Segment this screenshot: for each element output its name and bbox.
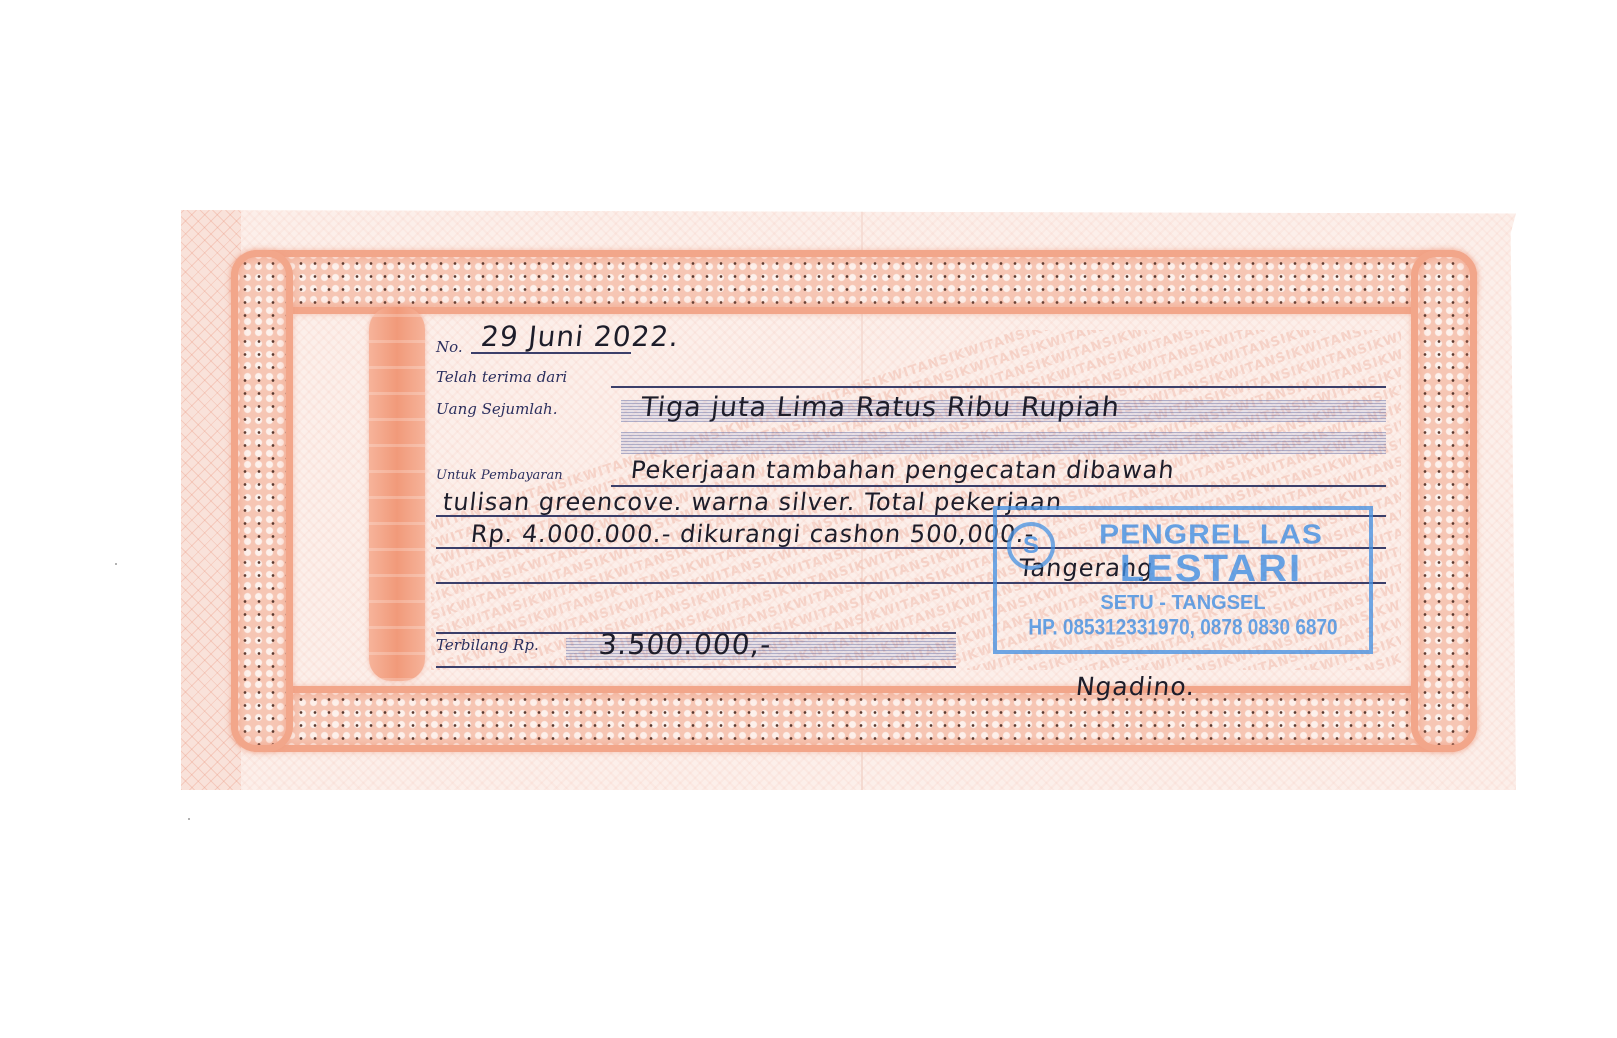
payment-line-1	[611, 485, 1386, 487]
stamp-company-name: LESTARI	[1049, 548, 1372, 591]
amount-figure-label: Terbilang Rp.	[436, 636, 539, 654]
no-label: No.	[436, 338, 463, 356]
no-value: 29 Juni 2022.	[479, 320, 681, 353]
company-stamp: S PENGREL LAS LESTARI SETU - TANGSEL HP.…	[993, 506, 1373, 654]
received-from-label: Telah terima dari	[436, 368, 567, 386]
stamp-company-type: PENGREL LAS	[1057, 519, 1365, 550]
signature: Ngadino.	[1074, 672, 1196, 701]
amount-words-label: Uang Sejumlah.	[436, 400, 557, 418]
payment-for-line-2: tulisan greencove. warna silver. Total p…	[442, 488, 1064, 516]
receipt-form: No. 29 Juni 2022. Telah terima dari Uang…	[181, 210, 1516, 790]
received-from-line	[611, 386, 1386, 388]
payment-for-line-3: Rp. 4.000.000.- dikurangi cashon 500,000…	[470, 520, 1036, 548]
receipt-document: KWITANSIKWITANSIKWITANSIKWITANSIKWITANSI…	[181, 210, 1516, 790]
stamp-logo-icon: S	[1007, 522, 1055, 570]
amount-words-value: Tiga juta Lima Ratus Ribu Rupiah	[639, 392, 1121, 423]
amount-words-field-2	[621, 432, 1386, 454]
payment-for-label: Untuk Pembayaran	[436, 468, 563, 483]
amount-figure-value: 3.500.000,-	[597, 628, 773, 661]
scan-speck	[115, 563, 117, 565]
amount-figure-bottom-line	[436, 666, 956, 668]
stamp-phone: HP. 085312331970, 0878 0830 6870	[997, 616, 1369, 641]
scan-speck	[188, 818, 190, 820]
stamp-location: SETU - TANGSEL	[997, 592, 1369, 615]
payment-for-line-1: Pekerjaan tambahan pengecatan dibawah	[630, 456, 1177, 484]
